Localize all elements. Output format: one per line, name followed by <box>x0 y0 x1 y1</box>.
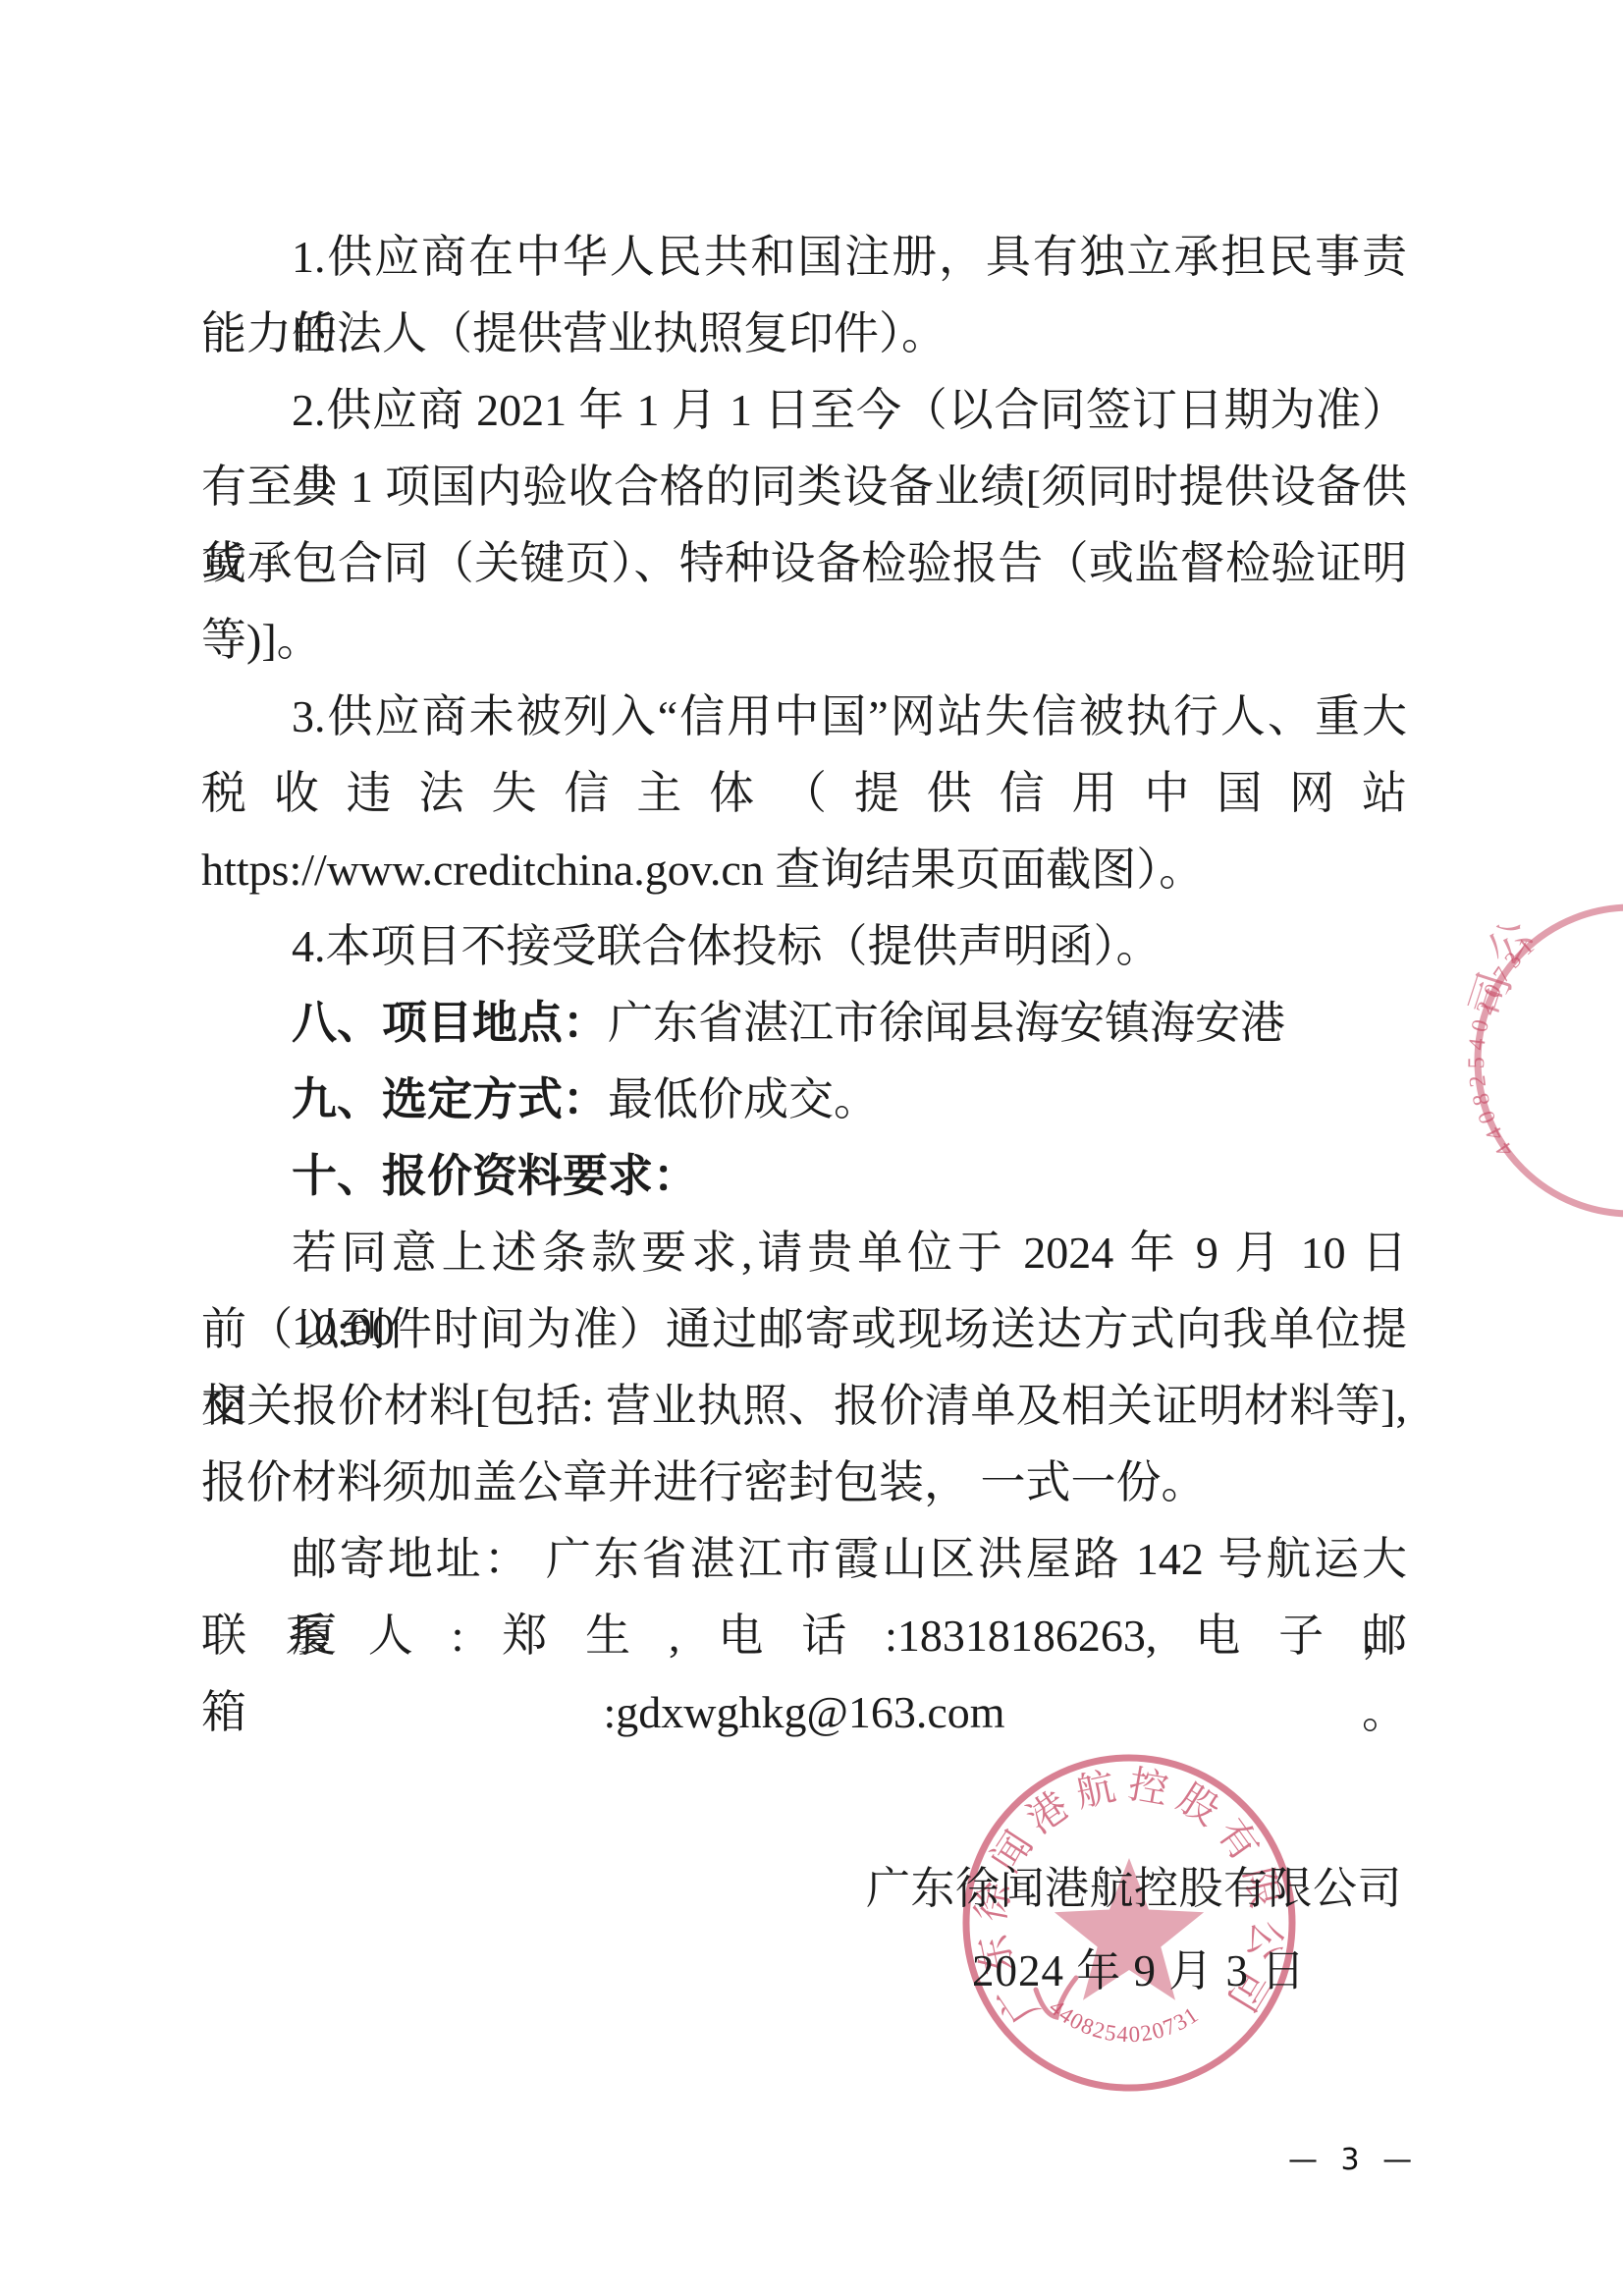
page-number: — 3 — <box>1288 2143 1414 2177</box>
body-line-text: 报价材料须加盖公章并进行密封包装， 一式一份。 <box>201 1457 1207 1507</box>
body-line-text: 能力的法人（提供营业执照复印件）。 <box>201 308 947 358</box>
body-line: 税收违法失信主体（提供信用中国网站 <box>201 755 1407 832</box>
body-line: 等)]。 <box>201 602 1407 679</box>
body-line: 或承包合同（关键页）、特种设备检验报告（或监督检验证明 <box>201 525 1407 602</box>
section-heading: 十、报价资料要求： <box>292 1151 698 1201</box>
body-line-text: 4.本项目不接受联合体投标（提供声明函）。 <box>292 921 1162 971</box>
body-line: 联系人:郑生,电话:18318186263,电子邮箱:gdxwghkg@163.… <box>201 1598 1407 1674</box>
body-line: https://www.creditchina.gov.cn 查询结果页面截图）… <box>201 832 1407 908</box>
signature-date: 2024 年 9 月 3 日 <box>972 1935 1306 1998</box>
partial-seal: 4408254020731 公 司 <box>1407 854 1623 1267</box>
document-body: 1.供应商在中华人民共和国注册，具有独立承担民事责任 能力的法人（提供营业执照复… <box>201 219 1407 1674</box>
body-line-text: 相关报价材料[包括: 营业执照、报价清单及相关证明材料等], <box>201 1381 1407 1431</box>
body-line-text: 最低价成交。 <box>608 1074 879 1124</box>
body-line-text: 等)]。 <box>201 615 322 665</box>
body-line: 2.供应商 2021 年 1 月 1 日至今（以合同签订日期为准）具 <box>201 372 1407 449</box>
body-line-text: https://www.creditchina.gov.cn 查询结果页面截图）… <box>201 845 1204 895</box>
body-line: 报价材料须加盖公章并进行密封包装， 一式一份。 <box>201 1445 1407 1521</box>
body-line-text: 联系人:郑生,电话:18318186263,电子邮箱:gdxwghkg@163.… <box>201 1611 1407 1737</box>
body-line: 相关报价材料[包括: 营业执照、报价清单及相关证明材料等], <box>201 1368 1407 1445</box>
partial-seal-glyph-1: 公 <box>1478 911 1542 975</box>
body-line-text: 税收违法失信主体（提供信用中国网站 <box>201 768 1407 818</box>
body-line: 十、报价资料要求： <box>201 1138 1407 1215</box>
body-line-text: 3.供应商未被列入“信用中国”网站失信被执行人、重大 <box>292 691 1407 741</box>
body-line: 1.供应商在中华人民共和国注册，具有独立承担民事责任 <box>201 219 1407 296</box>
seal-code-text: 4408254020731 <box>1045 1995 1204 2047</box>
document-page: 1.供应商在中华人民共和国注册，具有独立承担民事责任 能力的法人（提供营业执照复… <box>0 0 1623 2296</box>
company-seal: 广东徐闻港航控股有限公司 4408254020731 <box>943 1736 1325 2119</box>
body-line: 邮寄地址： 广东省湛江市霞山区洪屋路 142 号航运大厦， <box>201 1521 1407 1598</box>
body-line: 前（以到件时间为准）通过邮寄或现场送达方式向我单位提交 <box>201 1291 1407 1368</box>
body-line-text: 广东省湛江市徐闻县海安镇海安港 <box>608 998 1285 1048</box>
body-line: 若同意上述条款要求,请贵单位于 2024 年 9 月 10 日 10:00 <box>201 1215 1407 1291</box>
section-heading: 八、项目地点： <box>292 998 608 1048</box>
body-line-text: 或承包合同（关键页）、特种设备检验报告（或监督检验证明 <box>201 538 1407 588</box>
signature-company: 广东徐闻港航控股有限公司 <box>866 1852 1402 1916</box>
body-line: 九、选定方式：最低价成交。 <box>201 1062 1407 1138</box>
body-line: 有至少 1 项国内验收合格的同类设备业绩[须同时提供设备供货 <box>201 449 1407 525</box>
body-line: 八、项目地点：广东省湛江市徐闻县海安镇海安港 <box>201 985 1407 1062</box>
body-line: 能力的法人（提供营业执照复印件）。 <box>201 296 1407 372</box>
section-heading: 九、选定方式： <box>292 1074 608 1124</box>
body-line: 3.供应商未被列入“信用中国”网站失信被执行人、重大 <box>201 679 1407 755</box>
seal-code-number: 4408254020731 <box>1045 1995 1204 2047</box>
body-line: 4.本项目不接受联合体投标（提供声明函）。 <box>201 908 1407 985</box>
